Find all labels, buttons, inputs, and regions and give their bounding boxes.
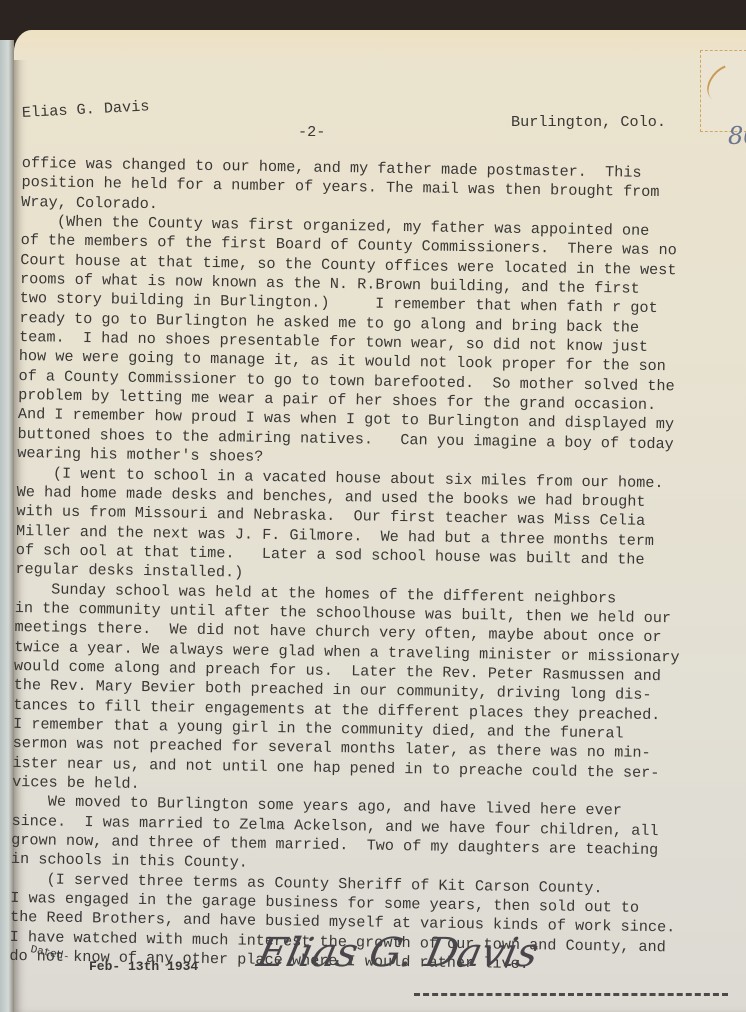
handwritten-page-number: 86 — [728, 122, 746, 150]
signature-line — [414, 993, 728, 996]
body-text: office was changed to our home, and my f… — [9, 154, 734, 978]
location: Burlington, Colo. — [511, 113, 666, 132]
page-number: -2- — [298, 123, 325, 142]
date: Feb- 13th 1934 — [89, 957, 198, 976]
signature: Elias G. Davis — [253, 930, 542, 976]
